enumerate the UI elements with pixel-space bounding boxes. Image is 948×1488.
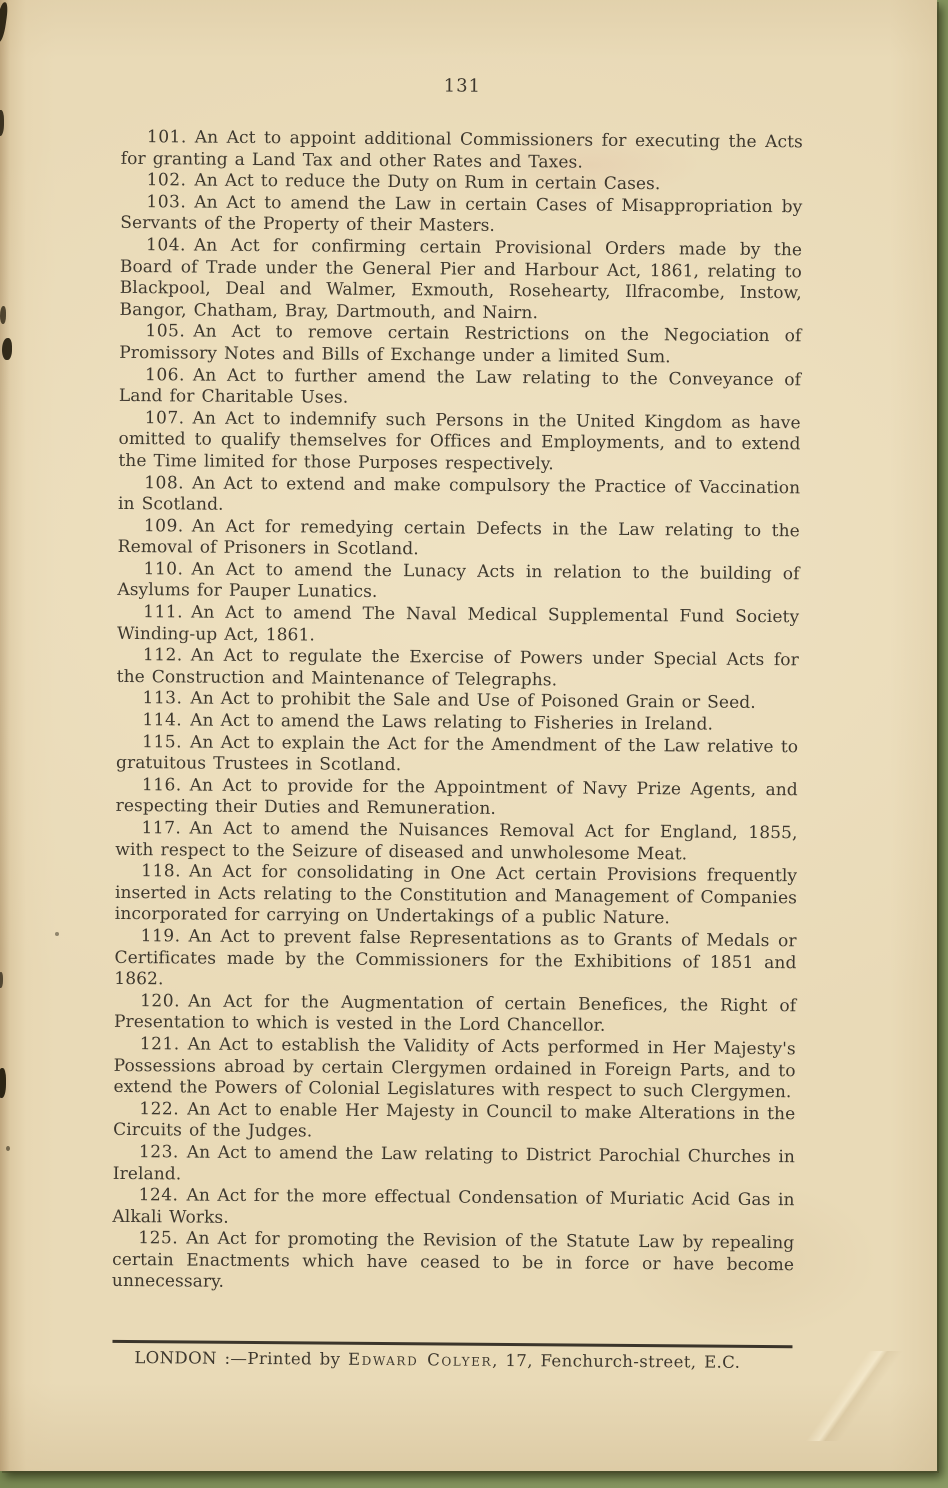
act-entry-number: 121.: [140, 1034, 180, 1054]
act-entry-text: An Act to amend the Nuisances Removal Ac…: [115, 818, 797, 864]
act-entry: 123.An Act to amend the Law relating to …: [113, 1142, 795, 1191]
imprint-footer: LONDON :—Printed by Edward Colyer, 17, F…: [112, 1340, 792, 1372]
act-entry: 121.An Act to establish the Validity of …: [113, 1034, 795, 1104]
act-entry: 107.An Act to indemnify such Persons in …: [118, 408, 800, 478]
act-entry-text: An Act to enable Her Majesty in Council …: [113, 1099, 795, 1142]
act-entry-number: 111.: [143, 602, 183, 622]
act-entry-text: An Act to amend The Naval Medical Supple…: [117, 603, 799, 646]
act-entry-number: 106.: [145, 365, 185, 385]
act-entry: 115.An Act to explain the Act for the Am…: [116, 732, 798, 781]
act-entry: 105.An Act to remove certain Restriction…: [119, 321, 801, 370]
act-entry-text: An Act to establish the Validity of Acts…: [113, 1034, 795, 1102]
act-entry-text: An Act to remove certain Restrictions on…: [119, 322, 801, 367]
act-entry-number: 107.: [145, 408, 185, 428]
act-entry-number: 124.: [139, 1185, 179, 1205]
act-entry-number: 114.: [142, 710, 182, 730]
act-entry-number: 120.: [140, 991, 180, 1011]
imprint-suffix: , 17, Fenchurch-street, E.C.: [492, 1351, 740, 1372]
act-entry-number: 125.: [138, 1228, 178, 1248]
act-entry-text: An Act for consolidating in One Act cert…: [115, 862, 797, 929]
scanned-book-page: 131 101.An Act to appoint additional Com…: [0, 0, 937, 1471]
act-list: 101.An Act to appoint additional Commiss…: [112, 127, 803, 1298]
act-entry: 111.An Act to amend The Naval Medical Su…: [117, 602, 799, 651]
imprint-printer-name: Edward Colyer: [348, 1350, 492, 1370]
act-entry-number: 113.: [142, 689, 182, 709]
act-entry-number: 102.: [147, 170, 187, 190]
act-entry-text: An Act to extend and make compulsory the…: [118, 473, 800, 515]
act-entry-text: An Act for confirming certain Provisiona…: [120, 235, 803, 322]
act-entry-number: 122.: [139, 1099, 179, 1119]
act-entry-text: An Act for promoting the Revision of the…: [112, 1229, 794, 1292]
page-number: 131: [121, 73, 803, 99]
act-entry-text: An Act to prevent false Representations …: [114, 926, 796, 989]
act-entry-text: An Act to regulate the Exercise of Power…: [117, 646, 799, 690]
act-entry-number: 103.: [146, 192, 186, 212]
act-entry: 109.An Act for remedying certain Defects…: [118, 516, 800, 565]
act-entry-number: 119.: [141, 926, 181, 946]
act-entry-text: An Act to reduce the Duty on Rum in cert…: [194, 171, 660, 195]
act-entry-text: An Act to appoint additional Commissione…: [121, 128, 803, 173]
act-entry-text: An Act to amend the Law in certain Cases…: [120, 192, 802, 236]
act-entry: 108.An Act to extend and make compulsory…: [118, 472, 800, 521]
act-entry: 106.An Act to further amend the Law rela…: [119, 364, 801, 413]
act-entry: 116.An Act to provide for the Appointmen…: [116, 775, 798, 824]
act-entry-number: 115.: [142, 732, 182, 752]
act-entry-text: An Act to prohibit the Sale and Use of P…: [190, 689, 756, 713]
act-entry-number: 117.: [141, 818, 181, 838]
act-entry-text: An Act for the more effectual Condensati…: [112, 1186, 794, 1228]
footer-rule: [112, 1340, 792, 1348]
imprint-prefix: LONDON :—Printed by: [134, 1348, 348, 1369]
act-entry-number: 104.: [146, 235, 186, 255]
act-entry-number: 109.: [144, 516, 184, 536]
act-entry-text: An Act to indemnify such Persons in the …: [118, 408, 800, 474]
act-entry-number: 112.: [143, 645, 183, 665]
act-entry-text: An Act to amend the Law relating to Dist…: [113, 1142, 795, 1184]
act-entry-text: An Act to explain the Act for the Amendm…: [116, 732, 798, 775]
act-entry: 118.An Act for consolidating in One Act …: [115, 861, 797, 931]
act-entry-text: An Act to amend the Lunacy Acts in relat…: [117, 559, 799, 602]
page-content: 131 101.An Act to appoint additional Com…: [0, 0, 938, 1477]
act-entry-number: 108.: [144, 473, 184, 493]
act-entry-number: 118.: [141, 861, 181, 881]
act-entry-text: An Act to amend the Laws relating to Fis…: [190, 711, 713, 735]
act-entry: 110.An Act to amend the Lunacy Acts in r…: [117, 559, 799, 608]
act-entry: 124.An Act for the more effectual Conden…: [112, 1185, 794, 1234]
act-entry-text: An Act for the Augmentation of certain B…: [114, 991, 796, 1036]
act-entry-number: 116.: [142, 775, 182, 795]
act-entry-number: 123.: [139, 1142, 179, 1162]
act-entry: 112.An Act to regulate the Exercise of P…: [117, 645, 799, 694]
act-entry-text: An Act to provide for the Appointment of…: [116, 775, 798, 819]
act-entry-number: 110.: [143, 559, 183, 579]
act-entry-number: 101.: [147, 127, 187, 147]
act-entry: 120.An Act for the Augmentation of certa…: [114, 991, 796, 1040]
act-entry-text: An Act to further amend the Law relating…: [119, 365, 801, 408]
act-entry: 101.An Act to appoint additional Commiss…: [121, 127, 803, 176]
act-entry: 119.An Act to prevent false Representati…: [114, 926, 796, 996]
act-entry: 104.An Act for confirming certain Provis…: [119, 235, 802, 327]
act-entry: 103.An Act to amend the Law in certain C…: [120, 192, 802, 241]
imprint-line: LONDON :—Printed by Edward Colyer, 17, F…: [112, 1348, 792, 1372]
act-entry: 122.An Act to enable Her Majesty in Coun…: [113, 1099, 795, 1148]
act-entry-number: 105.: [145, 321, 185, 341]
act-entry: 125.An Act for promoting the Revision of…: [112, 1228, 794, 1298]
act-entry-text: An Act for remedying certain Defects in …: [118, 516, 800, 559]
act-entry: 117.An Act to amend the Nuisances Remova…: [115, 818, 797, 867]
